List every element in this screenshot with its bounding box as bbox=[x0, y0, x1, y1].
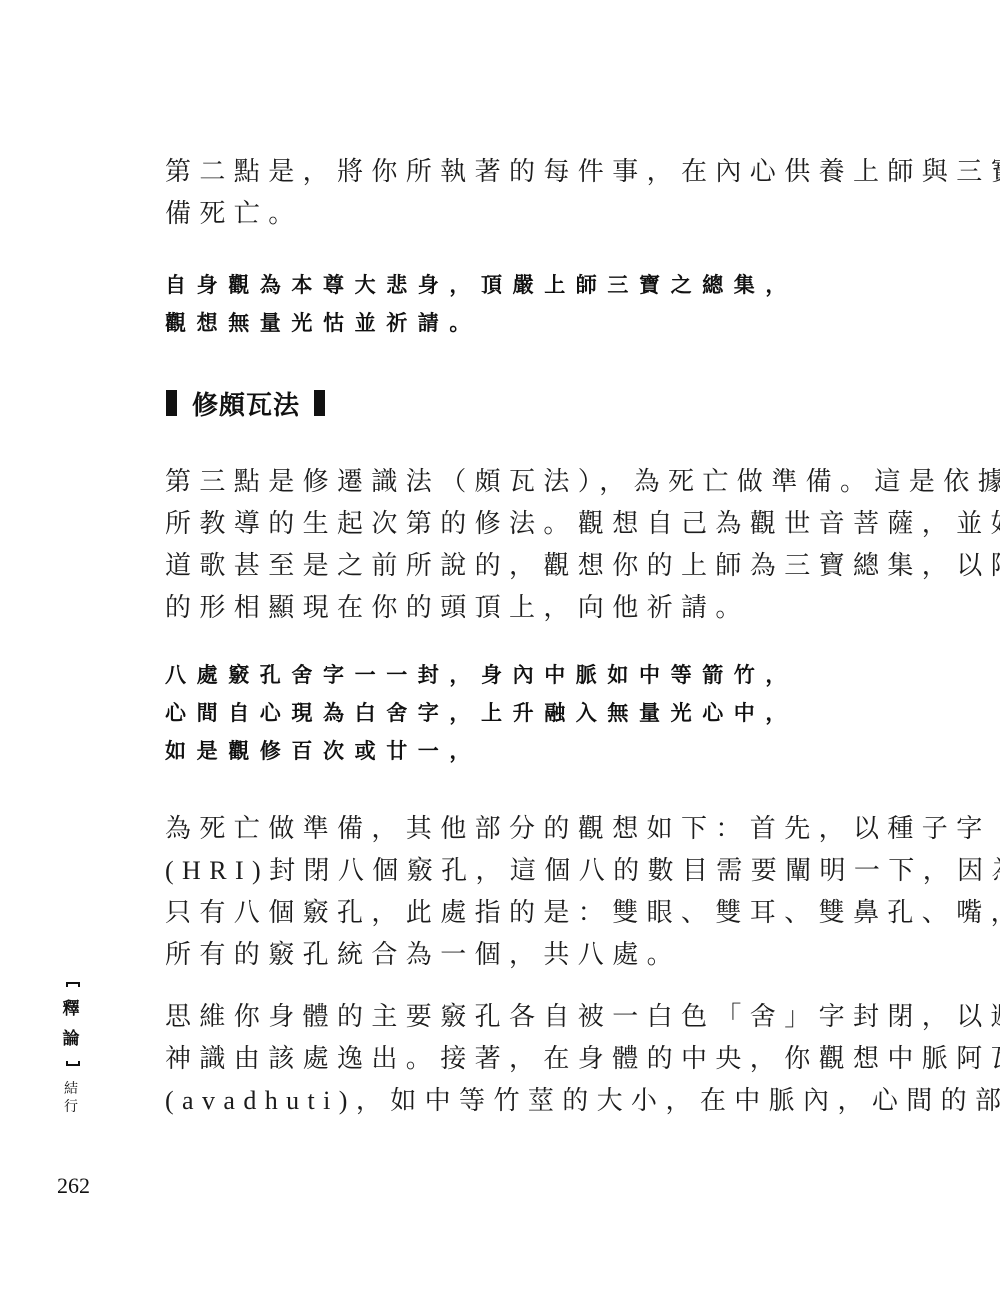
verse-line: 八處竅孔舍字一一封，身內中脈如中等箭竹， bbox=[165, 656, 865, 694]
chapter-title-char: 結 bbox=[64, 1080, 78, 1098]
bracket-close-icon bbox=[66, 1061, 80, 1066]
page-number: 262 bbox=[57, 1173, 90, 1199]
text-line: 的形相顯現在你的頭頂上，向他祈請。 bbox=[165, 587, 865, 629]
paragraph-3: 為死亡做準備，其他部分的觀想如下：首先，以種子字「舍」 (HRI)封閉八個竅孔，… bbox=[165, 808, 865, 976]
text-line: 所有的竅孔統合為一個，共八處。 bbox=[165, 934, 865, 976]
section-heading: 修頗瓦法 bbox=[166, 386, 325, 420]
paragraph-4: 思維你身體的主要竅孔各自被一白色「舍」字封閉，以避免你的 神識由該處逸出。接著，… bbox=[165, 996, 865, 1122]
text-line: (HRI)封閉八個竅孔，這個八的數目需要闡明一下，因為我們不 bbox=[165, 850, 865, 892]
text-line: 所教導的生起次第的修法。觀想自己為觀世音菩薩，並如第七首 bbox=[165, 503, 865, 545]
text-line: 為死亡做準備，其他部分的觀想如下：首先，以種子字「舍」 bbox=[165, 808, 865, 850]
text-line: 只有八個竅孔，此處指的是：雙眼、雙耳、雙鼻孔、嘴，而下部 bbox=[165, 892, 865, 934]
bracket-open-icon bbox=[66, 982, 80, 987]
text-line: 第二點是，將你所執著的每件事，在內心供養上師與三寶，以準 bbox=[165, 151, 865, 193]
verse-line: 如是觀修百次或廿一， bbox=[165, 732, 865, 770]
verse-line: 自身觀為本尊大悲身，頂嚴上師三寶之總集， bbox=[165, 266, 865, 304]
verse-1: 自身觀為本尊大悲身，頂嚴上師三寶之總集， 觀想無量光怙並祈請。 bbox=[165, 266, 865, 342]
verse-line: 心間自心現為白舍字，上升融入無量光心中， bbox=[165, 694, 865, 732]
text-line: 道歌甚至是之前所說的，觀想你的上師為三寶總集，以阿彌陀佛 bbox=[165, 545, 865, 587]
heading-bar-left-icon bbox=[166, 390, 177, 416]
running-header-vertical: 釋 論 結 行 bbox=[56, 982, 86, 1116]
book-title: 釋 論 bbox=[63, 991, 80, 1057]
text-line: 思維你身體的主要竅孔各自被一白色「舍」字封閉，以避免你的 bbox=[165, 996, 865, 1038]
verse-2: 八處竅孔舍字一一封，身內中脈如中等箭竹， 心間自心現為白舍字，上升融入無量光心中… bbox=[165, 656, 865, 770]
chapter-title-char: 行 bbox=[64, 1098, 78, 1116]
paragraph-1: 第二點是，將你所執著的每件事，在內心供養上師與三寶，以準 備死亡。 bbox=[165, 151, 865, 235]
text-line: 神識由該處逸出。接著，在身體的中央，你觀想中脈阿瓦都底 bbox=[165, 1038, 865, 1080]
text-line: 第三點是修遷識法（頗瓦法），為死亡做準備。這是依據法本上 bbox=[165, 461, 865, 503]
book-title-char: 論 bbox=[63, 1027, 80, 1051]
text-line: 備死亡。 bbox=[165, 193, 865, 235]
chapter-title: 結 行 bbox=[64, 1080, 78, 1116]
heading-bar-right-icon bbox=[314, 390, 325, 416]
paragraph-2: 第三點是修遷識法（頗瓦法），為死亡做準備。這是依據法本上 所教導的生起次第的修法… bbox=[165, 461, 865, 629]
verse-line: 觀想無量光怙並祈請。 bbox=[165, 304, 865, 342]
section-title: 修頗瓦法 bbox=[192, 385, 300, 422]
book-title-char: 釋 bbox=[63, 997, 80, 1021]
text-line: (avadhuti)，如中等竹莖的大小，在中脈內，心間的部位，觀想你 bbox=[165, 1080, 865, 1122]
